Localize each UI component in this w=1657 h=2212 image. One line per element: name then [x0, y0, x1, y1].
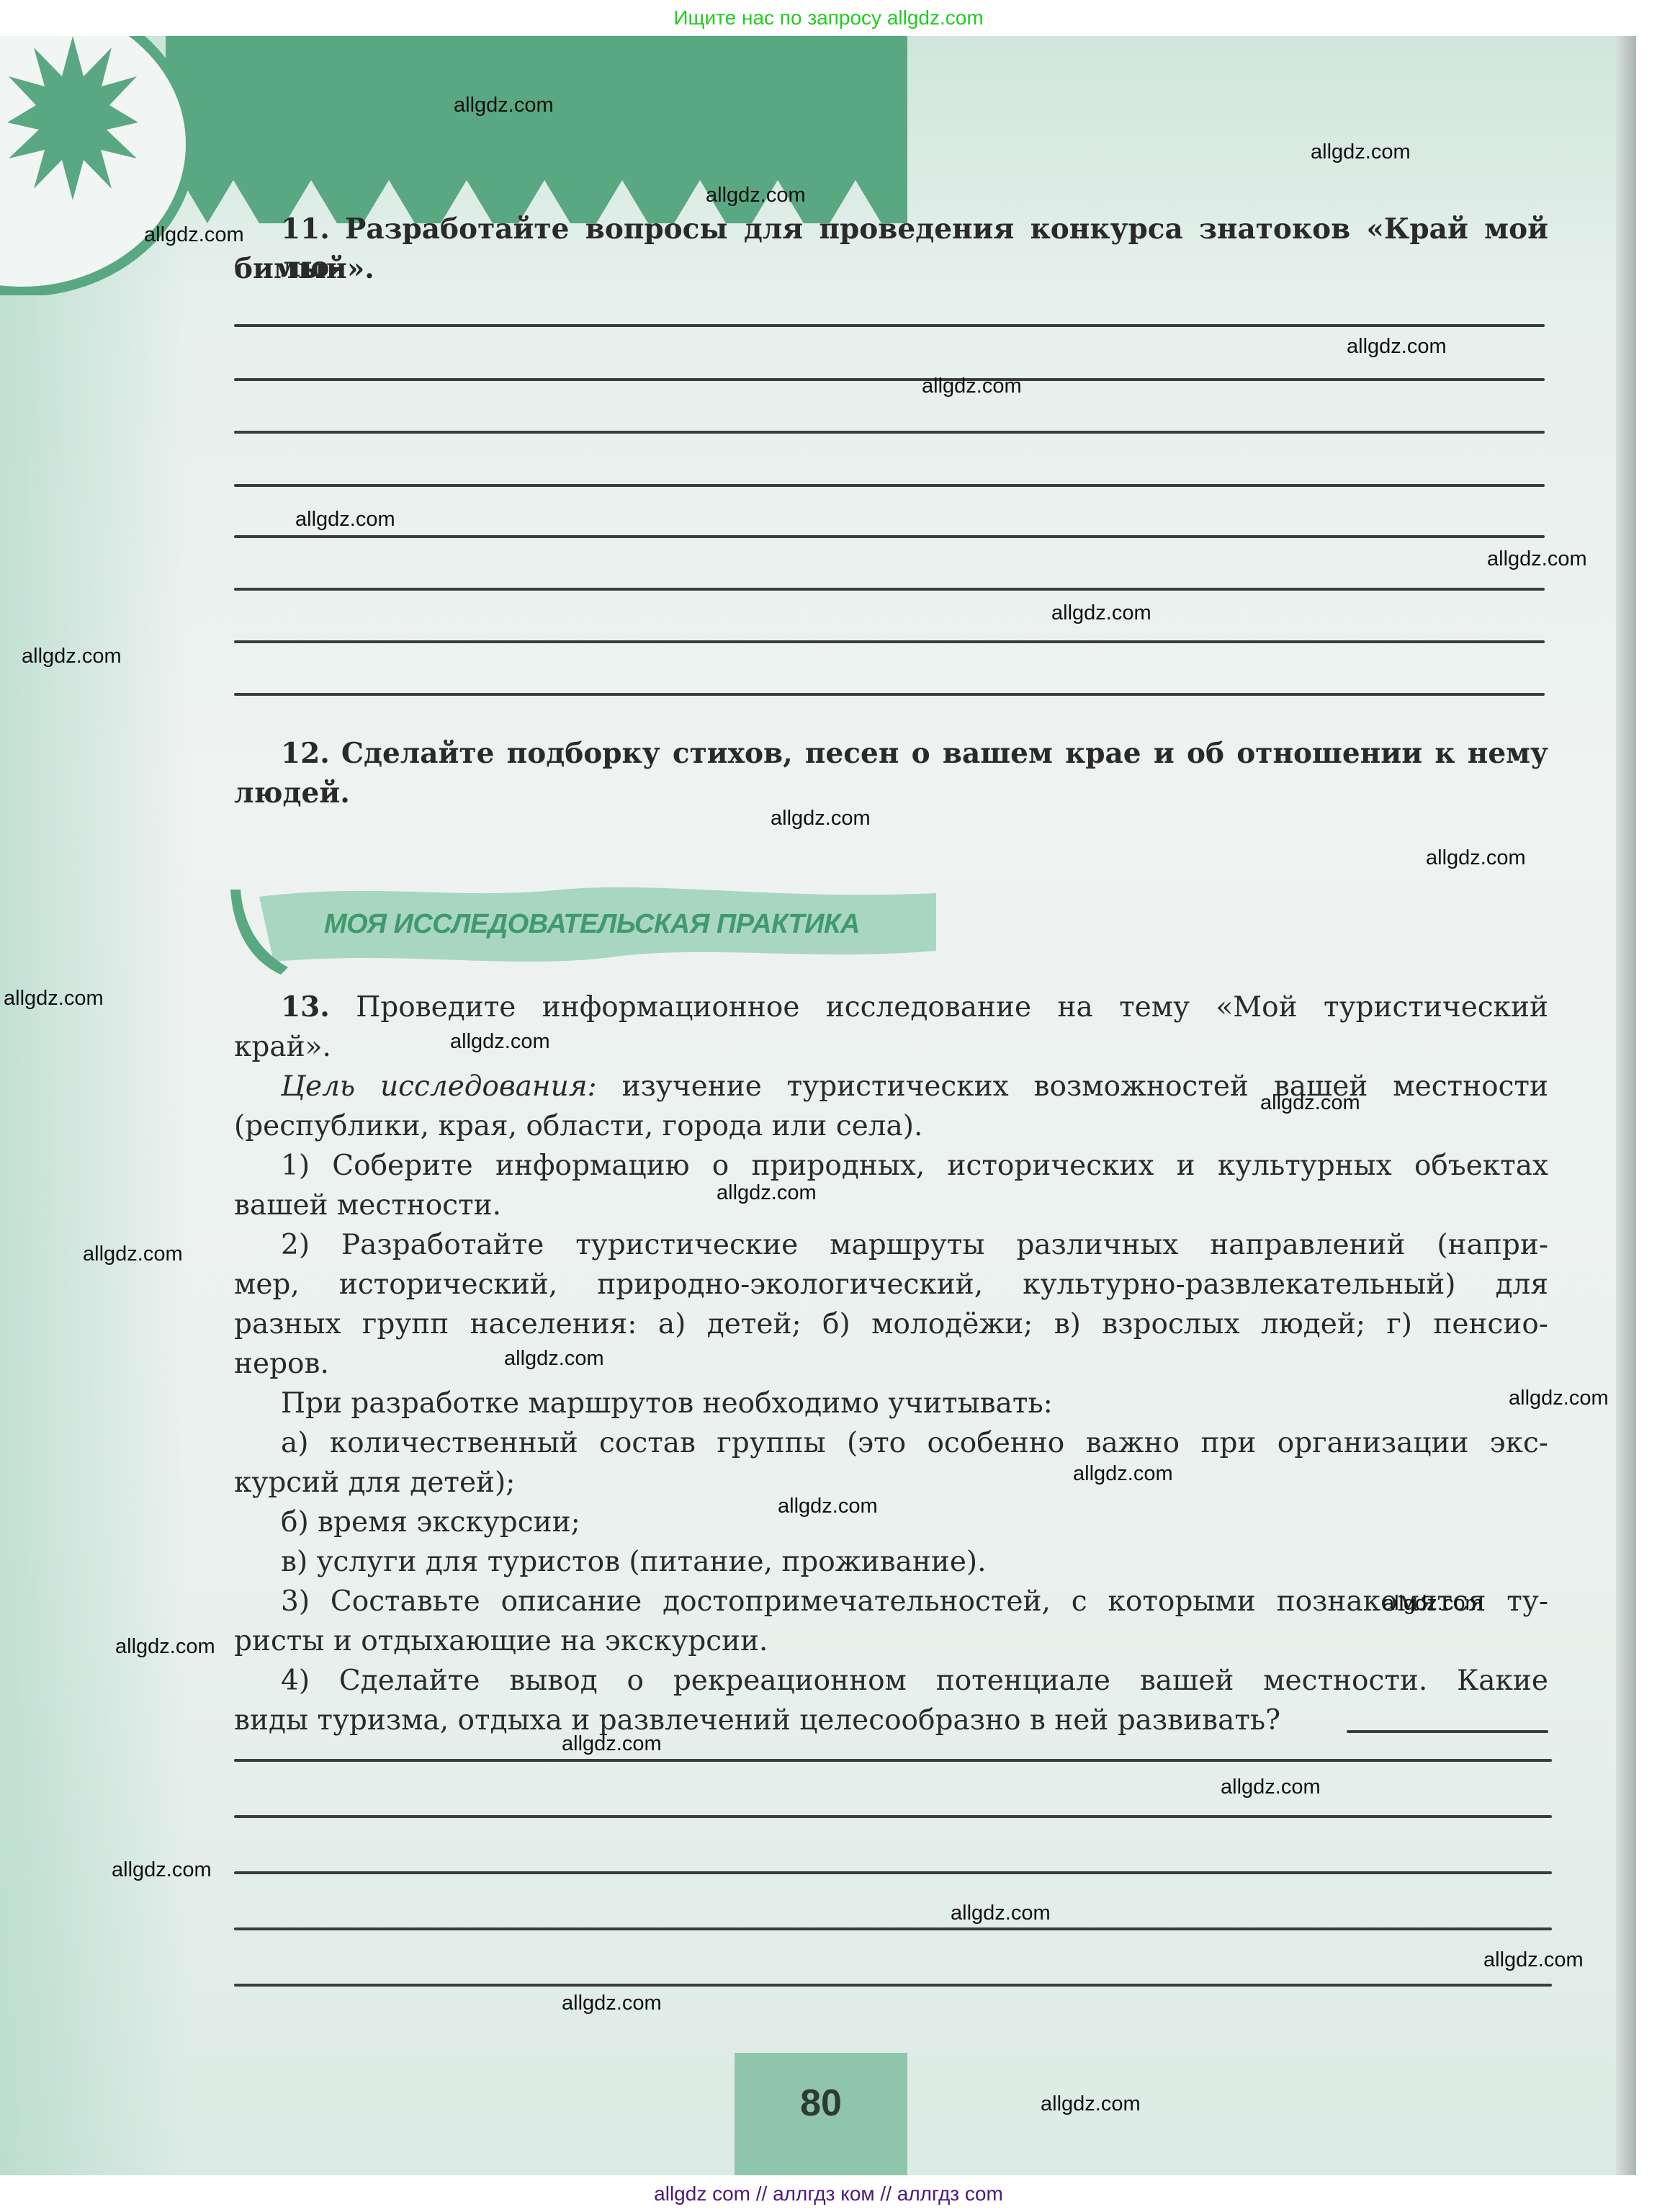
answer-line[interactable]	[234, 588, 1545, 591]
watermark-text: allgdz.com	[504, 1347, 604, 1371]
consider-c: в) услуги для туристов (питание, прожива…	[281, 1543, 987, 1581]
goal-label: Цель исследования:	[281, 1070, 597, 1103]
page-number: 80	[735, 2082, 907, 2125]
answer-line[interactable]	[234, 1984, 1552, 1987]
star-circle-icon	[0, 36, 191, 292]
watermark-text: allgdz.com	[1260, 1091, 1360, 1115]
answer-line[interactable]	[234, 1759, 1552, 1762]
watermark-text: allgdz.com	[778, 1495, 878, 1518]
watermark-text: allgdz.com	[562, 1992, 662, 2015]
task-13-goal-line2: (республики, края, области, города или с…	[234, 1107, 922, 1145]
task-12-line1: 12. Сделайте подборку стихов, песен о ва…	[281, 735, 1548, 773]
section-title: МОЯ ИССЛЕДОВАТЕЛЬСКАЯ ПРАКТИКА	[324, 909, 860, 940]
bottom-promo-banner: allgdz com // аллгдз ком // аллгдз com	[0, 2175, 1657, 2212]
watermark-text: allgdz.com	[1347, 335, 1447, 359]
task-11-line2: бимый».	[234, 250, 374, 288]
watermark-text: allgdz.com	[1383, 1592, 1483, 1616]
top-promo-text: Ищите нас по запросу allgdz.com	[673, 6, 983, 29]
watermark-text: allgdz.com	[4, 987, 104, 1011]
step-2-line1: 2) Разработайте туристические маршруты р…	[281, 1226, 1548, 1264]
step-2-line3: разных групп населения: а) детей; б) мол…	[234, 1305, 1548, 1343]
task-11-line1: 11. Разработайте вопросы для проведения …	[281, 210, 1548, 287]
watermark-text: allgdz.com	[454, 94, 554, 117]
consider-intro: При разработке маршрутов необходимо учит…	[281, 1384, 1053, 1423]
step-4-line2: виды туризма, отдыха и развлечений целес…	[234, 1701, 1280, 1739]
watermark-text: allgdz.com	[1426, 846, 1526, 870]
task-11-number: 11.	[281, 212, 330, 246]
watermark-text: allgdz.com	[1041, 2092, 1141, 2116]
task-13-line2: край».	[234, 1028, 331, 1066]
watermark-text: allgdz.com	[112, 1858, 212, 1882]
watermark-text: allgdz.com	[1509, 1387, 1609, 1410]
step-4-line1: 4) Сделайте вывод о рекреационном потенц…	[281, 1662, 1548, 1700]
watermark-text: allgdz.com	[295, 508, 395, 532]
consider-b: б) время экскурсии;	[281, 1503, 580, 1541]
page-edge-shadow	[1616, 36, 1636, 2175]
watermark-text: allgdz.com	[562, 1732, 662, 1756]
answer-line[interactable]	[234, 378, 1545, 381]
watermark-text: allgdz.com	[1483, 1948, 1584, 1972]
watermark-text: allgdz.com	[706, 184, 806, 207]
watermark-text: allgdz.com	[771, 807, 871, 830]
watermark-text: allgdz.com	[1487, 547, 1587, 571]
step-3-line2: ристы и отдыхающие на экскурсии.	[234, 1622, 768, 1660]
answer-line[interactable]	[234, 1871, 1552, 1874]
step-2-line2: мер, исторический, природно-экологически…	[234, 1266, 1548, 1304]
watermark-text: allgdz.com	[144, 223, 244, 247]
watermark-text: allgdz.com	[717, 1181, 817, 1205]
answer-line[interactable]	[234, 324, 1545, 327]
task-13-number: 13.	[281, 990, 330, 1024]
step-1-line1: 1) Соберите информацию о природных, исто…	[281, 1147, 1548, 1185]
answer-line[interactable]	[234, 1815, 1552, 1818]
watermark-text: allgdz.com	[115, 1635, 215, 1659]
watermark-text: allgdz.com	[922, 375, 1022, 398]
page-number-box: 80	[735, 2053, 907, 2175]
consider-a-line2: курсий для детей);	[234, 1464, 515, 1502]
answer-line[interactable]	[234, 431, 1545, 434]
bottom-promo-text: allgdz com // аллгдз ком // аллгдз com	[654, 2182, 1003, 2205]
consider-a-line1: а) количественный состав группы (это осо…	[281, 1424, 1548, 1462]
task-12-line2: людей.	[234, 774, 350, 812]
task-13-line1: 13. Проведите информационное исследовани…	[281, 988, 1548, 1026]
answer-line-inline[interactable]	[1347, 1730, 1548, 1733]
watermark-text: allgdz.com	[1073, 1462, 1173, 1486]
answer-line[interactable]	[234, 693, 1545, 696]
watermark-text: allgdz.com	[450, 1030, 550, 1054]
answer-line[interactable]	[234, 640, 1545, 643]
task-12-number: 12.	[281, 737, 330, 770]
answer-line[interactable]	[234, 535, 1545, 538]
watermark-text: allgdz.com	[83, 1242, 183, 1266]
watermark-text: allgdz.com	[1051, 601, 1151, 625]
step-1-line2: вашей местности.	[234, 1186, 501, 1224]
step-2-line4: неров.	[234, 1345, 329, 1383]
top-promo-banner: Ищите нас по запросу allgdz.com	[0, 0, 1657, 36]
step-3-line1: 3) Составьте описание достопримечательно…	[281, 1582, 1548, 1621]
watermark-text: allgdz.com	[951, 1902, 1051, 1925]
watermark-text: allgdz.com	[22, 645, 122, 668]
watermark-text: allgdz.com	[1221, 1776, 1321, 1799]
watermark-text: allgdz.com	[1311, 140, 1411, 164]
answer-line[interactable]	[234, 1927, 1552, 1930]
answer-line[interactable]	[234, 484, 1545, 487]
